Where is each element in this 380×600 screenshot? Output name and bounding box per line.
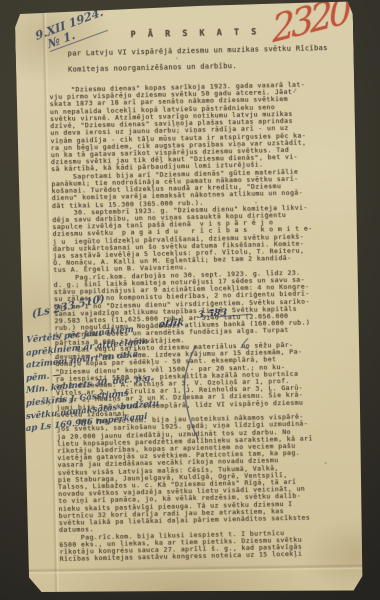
document-subtitle: par Latvju VI vispārējā dziesmu un muzik…: [67, 41, 343, 78]
handwritten-margin-note: Vērtēts pēc jaunākiem aprēķiniem ar atti…: [26, 321, 159, 436]
scanned-document-photo: 9.XII 1924. № 1. 2320 P Ā R S K A T S pa…: [0, 0, 380, 600]
margin-brace-mark: [180, 345, 202, 441]
bottom-crease-line: [27, 563, 365, 574]
paper-specks: [15, 9, 17, 11]
typed-body-text: "Dziesmu dienas" kopas sarīkoja 1923. ga…: [49, 80, 359, 563]
handwritten-word-correction: atlik: [158, 317, 185, 330]
pen-check-mark: [240, 338, 250, 350]
document-page: 9.XII 1924. № 1. 2320 P Ā R S K A T S pa…: [15, 1, 366, 597]
